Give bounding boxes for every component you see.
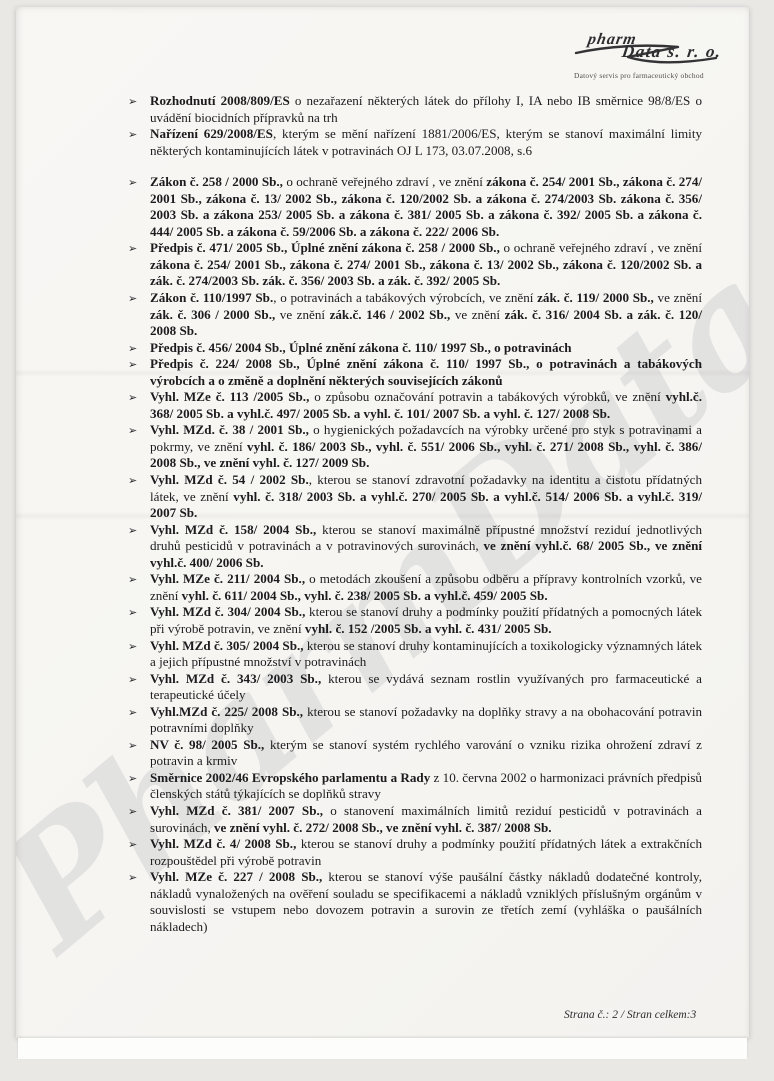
company-logo: pharm Data s. r. o. Datový servis pro fa… xyxy=(574,31,734,83)
list-item-text: Vyhl. MZd č. 305/ 2004 Sb., kterou se st… xyxy=(150,638,702,670)
list-item: ➢Vyhl.MZd č. 225/ 2008 Sb., kterou se st… xyxy=(128,704,702,737)
list-item: ➢Vyhl. MZd č. 304/ 2004 Sb., kterou se s… xyxy=(128,604,702,637)
list-item-text: Vyhl. MZd. č. 38 / 2001 Sb., o hygienick… xyxy=(150,422,702,470)
list-item-text: Vyhl. MZe č. 227 / 2008 Sb., kterou se s… xyxy=(150,869,702,934)
list-item-text: Zákon č. 258 / 2000 Sb., o ochraně veřej… xyxy=(150,174,702,239)
list-item-text: Vyhl. MZd č. 54 / 2002 Sb., kterou se st… xyxy=(150,472,702,520)
scanned-page-background: PharmData pharm Data s. r. o. Datový ser… xyxy=(0,0,774,1081)
list-item-text: Směrnice 2002/46 Evropského parlamentu a… xyxy=(150,770,702,802)
list-item: ➢Vyhl. MZd č. 158/ 2004 Sb., kterou se s… xyxy=(128,522,702,572)
bullet-arrow-icon: ➢ xyxy=(128,870,137,887)
bullet-arrow-icon: ➢ xyxy=(128,341,137,358)
bullet-arrow-icon: ➢ xyxy=(128,705,137,722)
list-item-text: Vyhl. MZd č. 304/ 2004 Sb., kterou se st… xyxy=(150,604,702,636)
list-item: ➢Vyhl. MZd č. 343/ 2003 Sb., kterou se v… xyxy=(128,671,702,704)
bullet-arrow-icon: ➢ xyxy=(128,127,137,144)
list-item-text: Předpis č. 471/ 2005 Sb., Úplné znění zá… xyxy=(150,240,702,288)
list-item-text: Nařízení 629/2008/ES, kterým se mění nař… xyxy=(150,126,702,158)
bullet-arrow-icon: ➢ xyxy=(128,357,137,374)
list-item-text: Vyhl. MZd č. 158/ 2004 Sb., kterou se st… xyxy=(150,522,702,570)
list-item-text: Rozhodnutí 2008/809/ES o nezařazení někt… xyxy=(150,93,702,125)
list-item: ➢Zákon č. 258 / 2000 Sb., o ochraně veře… xyxy=(128,174,702,240)
list-item: ➢Vyhl. MZe č. 211/ 2004 Sb., o metodách … xyxy=(128,571,702,604)
list-item: ➢NV č. 98/ 2005 Sb., kterým se stanoví s… xyxy=(128,737,702,770)
list-item: ➢Vyhl. MZd č. 54 / 2002 Sb., kterou se s… xyxy=(128,472,702,522)
list-item: ➢Rozhodnutí 2008/809/ES o nezařazení něk… xyxy=(128,93,702,126)
list-item: ➢Vyhl. MZd. č. 38 / 2001 Sb., o hygienic… xyxy=(128,422,702,472)
list-item: ➢Zákon č. 110/1997 Sb., o potravinách a … xyxy=(128,290,702,340)
bullet-arrow-icon: ➢ xyxy=(128,639,137,656)
bullet-arrow-icon: ➢ xyxy=(128,94,137,111)
list-item-text: Vyhl. MZe č. 113 /2005 Sb., o způsobu oz… xyxy=(150,389,702,421)
bullet-arrow-icon: ➢ xyxy=(128,837,137,854)
logo-data-text: Data s. r. o. xyxy=(621,42,724,62)
list-item-text: Předpis č. 456/ 2004 Sb., Úplné znění zá… xyxy=(150,340,572,355)
list-item-text: Vyhl. MZd č. 4/ 2008 Sb., kterou se stan… xyxy=(150,836,702,868)
page-footer: Strana č.: 2 / Stran celkem:3 xyxy=(564,1009,696,1021)
list-item: ➢Předpis č. 471/ 2005 Sb., Úplné znění z… xyxy=(128,240,702,290)
bullet-arrow-icon: ➢ xyxy=(128,390,137,407)
document-page: PharmData pharm Data s. r. o. Datový ser… xyxy=(16,7,749,1038)
bullet-arrow-icon: ➢ xyxy=(128,771,137,788)
bullet-arrow-icon: ➢ xyxy=(128,738,137,755)
scanner-bed-strip xyxy=(18,1038,747,1059)
list-item: ➢Vyhl. MZd č. 381/ 2007 Sb., o stanovení… xyxy=(128,803,702,836)
list-item-text: Předpis č. 224/ 2008 Sb., Úplné znění zá… xyxy=(150,356,702,388)
list-item: ➢Nařízení 629/2008/ES, kterým se mění na… xyxy=(128,126,702,159)
list-item: ➢Vyhl. MZe č. 113 /2005 Sb., o způsobu o… xyxy=(128,389,702,422)
list-item-text: Vyhl. MZe č. 211/ 2004 Sb., o metodách z… xyxy=(150,571,702,603)
bullet-arrow-icon: ➢ xyxy=(128,672,137,689)
page-number-label: Strana č.: 2 / Stran celkem:3 xyxy=(564,1009,696,1021)
bullet-arrow-icon: ➢ xyxy=(128,605,137,622)
list-item: ➢Předpis č. 224/ 2008 Sb., Úplné znění z… xyxy=(128,356,702,389)
bullet-arrow-icon: ➢ xyxy=(128,523,137,540)
bullet-arrow-icon: ➢ xyxy=(128,291,137,308)
bullet-arrow-icon: ➢ xyxy=(128,473,137,490)
list-item-text: Vyhl.MZd č. 225/ 2008 Sb., kterou se sta… xyxy=(150,704,702,736)
list-item: ➢Vyhl. MZd č. 305/ 2004 Sb., kterou se s… xyxy=(128,638,702,671)
bullet-arrow-icon: ➢ xyxy=(128,804,137,821)
bullet-arrow-icon: ➢ xyxy=(128,423,137,440)
bullet-arrow-icon: ➢ xyxy=(128,241,137,258)
list-item-text: Zákon č. 110/1997 Sb., o potravinách a t… xyxy=(150,290,702,338)
list-item: ➢Předpis č. 456/ 2004 Sb., Úplné znění z… xyxy=(128,340,702,357)
list-item: ➢Směrnice 2002/46 Evropského parlamentu … xyxy=(128,770,702,803)
bullet-arrow-icon: ➢ xyxy=(128,572,137,589)
list-item-text: Vyhl. MZd č. 343/ 2003 Sb., kterou se vy… xyxy=(150,671,702,703)
list-item-text: Vyhl. MZd č. 381/ 2007 Sb., o stanovení … xyxy=(150,803,702,835)
list-item-text: NV č. 98/ 2005 Sb., kterým se stanoví sy… xyxy=(150,737,702,769)
list-item: ➢Vyhl. MZd č. 4/ 2008 Sb., kterou se sta… xyxy=(128,836,702,869)
law-list: ➢Rozhodnutí 2008/809/ES o nezařazení něk… xyxy=(128,93,702,935)
logo-tagline: Datový servis pro farmaceutický obchod xyxy=(574,71,734,80)
list-item: ➢Vyhl. MZe č. 227 / 2008 Sb., kterou se … xyxy=(128,869,702,935)
bullet-arrow-icon: ➢ xyxy=(128,175,137,192)
